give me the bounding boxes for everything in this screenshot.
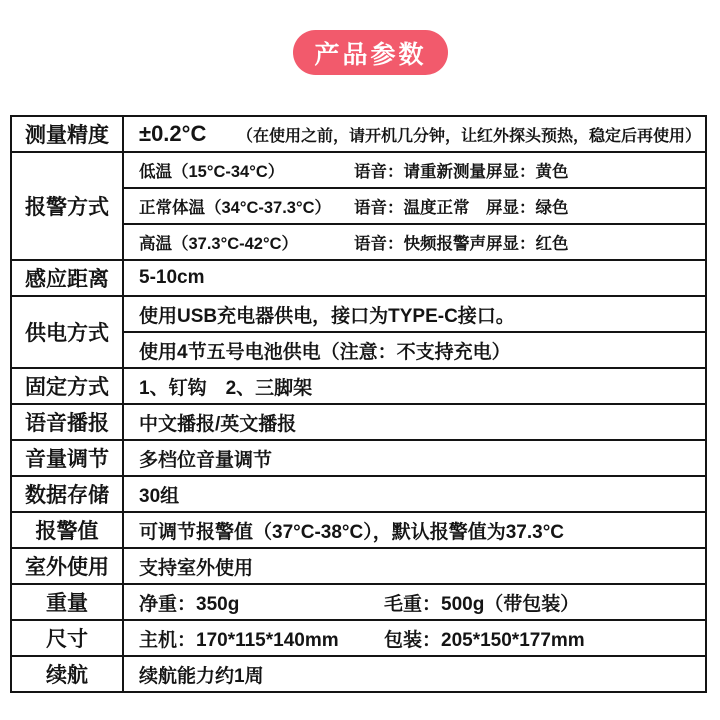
spec-cell-weight: 净重：350g 毛重：500g（带包装） — [123, 584, 706, 620]
spec-row-accuracy: 测量精度 ±0.2°C （在使用之前，请开机几分钟，让红外探头预热，稳定后再使用… — [11, 116, 706, 152]
spec-cell-alarm-normal: 正常体温（34°C-37.3°C） 语音：温度正常 屏显：绿色 — [123, 188, 706, 224]
product-parameters-page: { "page": { "badge": "产品参数" }, "colors":… — [0, 0, 720, 720]
spec-row-alarm-value: 报警值 可调节报警值（37°C-38°C），默认报警值为37.3°C — [11, 512, 706, 548]
weight-gross: 毛重：500g（带包装） — [384, 589, 579, 616]
spec-row-volume: 音量调节 多档位音量调节 — [11, 440, 706, 476]
spec-label-mount: 固定方式 — [11, 368, 123, 404]
page-title: 产品参数 — [314, 35, 426, 71]
spec-label-size: 尺寸 — [11, 620, 123, 656]
page-title-badge: 产品参数 — [293, 30, 448, 75]
spec-row-storage: 数据存储 30组 — [11, 476, 706, 512]
alarm-high-condition: 高温（37.3°C-42°C） — [139, 230, 354, 254]
alarm-normal-condition: 正常体温（34°C-37.3°C） — [139, 194, 354, 218]
accuracy-note: （在使用之前，请开机几分钟，让红外探头预热，稳定后再使用） — [237, 123, 701, 146]
spec-value-volume: 多档位音量调节 — [123, 440, 706, 476]
spec-value-battery-life: 续航能力约1周 — [123, 656, 706, 692]
spec-label-alarm: 报警方式 — [11, 152, 123, 260]
alarm-low-display: 屏显：黄色 — [486, 158, 569, 182]
spec-value-voice-mode: 中文播报/英文播报 — [123, 404, 706, 440]
spec-label-alarm-value: 报警值 — [11, 512, 123, 548]
spec-row-mount: 固定方式 1、钉钩 2、三脚架 — [11, 368, 706, 404]
spec-row-power-usb: 供电方式 使用USB充电器供电，接口为TYPE-C接口。 — [11, 296, 706, 332]
spec-cell-size: 主机：170*115*140mm 包装：205*150*177mm — [123, 620, 706, 656]
spec-value-alarm-value: 可调节报警值（37°C-38°C），默认报警值为37.3°C — [123, 512, 706, 548]
spec-cell-accuracy: ±0.2°C （在使用之前，请开机几分钟，让红外探头预热，稳定后再使用） — [123, 116, 706, 152]
alarm-high-voice: 语音：快频报警声 — [354, 230, 486, 254]
weight-net: 净重：350g — [139, 589, 384, 616]
spec-row-battery-life: 续航 续航能力约1周 — [11, 656, 706, 692]
spec-label-storage: 数据存储 — [11, 476, 123, 512]
alarm-low-voice: 语音：请重新测量 — [354, 158, 486, 182]
size-package: 包装：205*150*177mm — [384, 625, 585, 652]
spec-label-battery-life: 续航 — [11, 656, 123, 692]
spec-cell-alarm-high: 高温（37.3°C-42°C） 语音：快频报警声 屏显：红色 — [123, 224, 706, 260]
alarm-high-display: 屏显：红色 — [486, 230, 569, 254]
spec-label-volume: 音量调节 — [11, 440, 123, 476]
spec-value-power-usb: 使用USB充电器供电，接口为TYPE-C接口。 — [123, 296, 706, 332]
spec-label-voice-mode: 语音播报 — [11, 404, 123, 440]
spec-table: 测量精度 ±0.2°C （在使用之前，请开机几分钟，让红外探头预热，稳定后再使用… — [10, 115, 707, 693]
alarm-low-condition: 低温（15°C-34°C） — [139, 158, 354, 182]
spec-row-voice-mode: 语音播报 中文播报/英文播报 — [11, 404, 706, 440]
size-host: 主机：170*115*140mm — [139, 625, 384, 652]
spec-cell-alarm-low: 低温（15°C-34°C） 语音：请重新测量 屏显：黄色 — [123, 152, 706, 188]
spec-value-distance: 5-10cm — [123, 260, 706, 296]
spec-value-power-battery: 使用4节五号电池供电（注意：不支持充电） — [123, 332, 706, 368]
spec-row-alarm-low: 报警方式 低温（15°C-34°C） 语音：请重新测量 屏显：黄色 — [11, 152, 706, 188]
accuracy-value: ±0.2°C — [139, 121, 237, 147]
spec-label-power: 供电方式 — [11, 296, 123, 368]
spec-label-outdoor: 室外使用 — [11, 548, 123, 584]
spec-label-weight: 重量 — [11, 584, 123, 620]
spec-label-accuracy: 测量精度 — [11, 116, 123, 152]
spec-value-mount: 1、钉钩 2、三脚架 — [123, 368, 706, 404]
spec-value-storage: 30组 — [123, 476, 706, 512]
alarm-normal-display: 屏显：绿色 — [486, 194, 569, 218]
spec-row-size: 尺寸 主机：170*115*140mm 包装：205*150*177mm — [11, 620, 706, 656]
spec-label-distance: 感应距离 — [11, 260, 123, 296]
spec-row-weight: 重量 净重：350g 毛重：500g（带包装） — [11, 584, 706, 620]
spec-row-distance: 感应距离 5-10cm — [11, 260, 706, 296]
spec-value-outdoor: 支持室外使用 — [123, 548, 706, 584]
spec-row-outdoor: 室外使用 支持室外使用 — [11, 548, 706, 584]
alarm-normal-voice: 语音：温度正常 — [354, 194, 486, 218]
